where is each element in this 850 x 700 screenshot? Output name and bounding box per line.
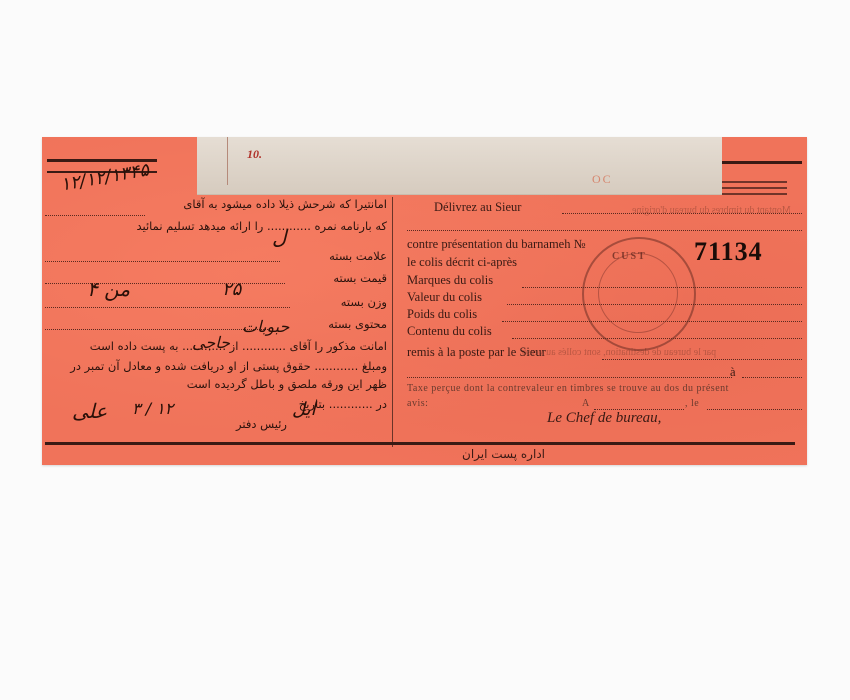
tape-margin-line: [227, 137, 228, 185]
label-remis: remis à la poste par le Sieur: [407, 345, 546, 360]
fa-sender-line: امانت مذکور را آقای ............ از ....…: [90, 339, 387, 353]
decorative-lines-3: [717, 193, 787, 195]
fa-line-1: امانتیرا که شرحش ذیلا داده میشود به آقای: [183, 197, 387, 211]
label-a: à: [730, 365, 736, 380]
fa-field-1: [45, 215, 145, 216]
handwritten-contents: حبوبات: [242, 317, 289, 336]
field-taxe-le: [707, 409, 802, 410]
reverse-print-ghost: Montant du timbres du bureau d'origine: [632, 205, 791, 216]
bottom-rule: [45, 442, 795, 445]
fa-chief: رئیس دفتر: [236, 417, 287, 431]
fa-fee-line-2: ظهر این ورقه ملصق و باطل گردیده است: [187, 377, 387, 391]
handwritten-barnameh: ل: [272, 225, 287, 249]
fa-label-contents: محتوی بسته: [328, 317, 387, 331]
section-divider: [392, 197, 393, 447]
label-taxe: Taxe perçue dont la contrevaleur en timb…: [407, 383, 729, 394]
label-marques: Marques du colis: [407, 273, 493, 288]
handwritten-value: ۲۵: [222, 279, 241, 300]
handwritten-signature: علی: [72, 399, 107, 423]
label-avis: avis:: [407, 398, 428, 409]
decorative-lines-2: [717, 187, 787, 189]
postal-receipt: 10. OC Montant du timbres du bureau d'or…: [42, 137, 807, 465]
label-valeur: Valeur du colis: [407, 290, 482, 305]
fa-field-value: [45, 283, 285, 284]
fa-field-weight: [45, 307, 290, 308]
handwritten-date: ۳ / ۱۲: [132, 399, 173, 418]
handwritten-place: ایل: [292, 399, 316, 420]
label-delivrez: Délivrez au Sieur: [434, 200, 521, 215]
label-barnameh: contre présentation du barnameh №: [407, 237, 586, 252]
fa-label-value: قیمت بسته: [333, 271, 387, 285]
handwritten-sender: حاجی: [192, 333, 230, 352]
top-rule-right: [717, 161, 802, 164]
signature-chef-de-bureau: Le Chef de bureau,: [547, 410, 661, 427]
paper-tape-strip: 10. OC: [197, 137, 722, 195]
fa-label-weight: وزن بسته: [341, 295, 387, 309]
field-sieur-2: [407, 230, 802, 231]
field-marques: [522, 287, 802, 288]
label-taxe-le: , le: [685, 398, 699, 409]
field-a: [742, 377, 802, 378]
fa-fee-line: ومبلغ ............ حقوق پستی از او دریاف…: [70, 359, 387, 373]
label-taxe-a: A: [582, 398, 590, 409]
decorative-lines: [717, 181, 787, 183]
fa-label-marks: علامت بسته: [329, 249, 387, 263]
label-contenu: Contenu du colis: [407, 324, 492, 339]
postmark-stamp: CUST: [582, 237, 696, 351]
label-poids: Poids du colis: [407, 307, 477, 322]
field-remis-2: [407, 377, 732, 378]
label-colis-decrit: le colis décrit ci-après: [407, 255, 517, 270]
handwritten-note-top: ۱۲/۱۲/۱۳۴۵: [59, 159, 151, 195]
fa-field-contents: [45, 329, 270, 330]
footer-persian: اداره پست ایران: [462, 447, 545, 461]
barnameh-number: 71134: [694, 237, 763, 267]
perforation-mark: OC: [592, 172, 613, 187]
field-sieur: [562, 213, 802, 214]
reverse-print-ghost-2: par le bureau de destination, sont collé…: [522, 347, 716, 358]
handwritten-weight: ۴ من: [87, 277, 130, 301]
field-contenu: [512, 338, 802, 339]
fa-field-marks: [45, 261, 280, 262]
field-valeur: [507, 304, 802, 305]
tape-serial-number: 10.: [247, 147, 262, 162]
field-remis: [602, 359, 802, 360]
field-poids: [502, 321, 802, 322]
fa-line-2: که بارنامه نمره ............ را ارائه می…: [136, 219, 387, 233]
